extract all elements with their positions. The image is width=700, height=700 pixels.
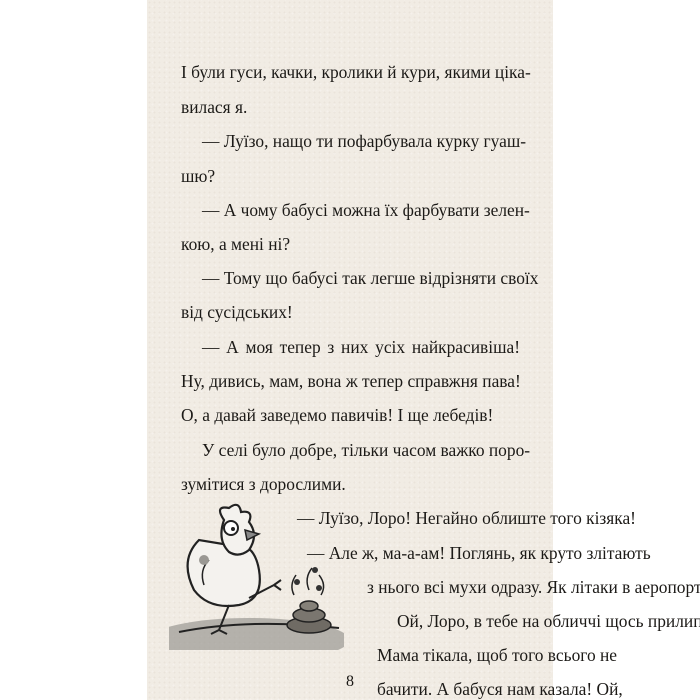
text-line: вилася я. [181, 97, 520, 117]
text-line: — Тому що бабусі так легше відрізняти св… [202, 268, 520, 288]
text-line: кою, а мені ні? [181, 234, 520, 254]
text-line: — Луїзо, Лоро! Негайно облиште того кізя… [297, 508, 520, 528]
book-page: І були гуси, качки, кролики й кури, яким… [147, 0, 553, 700]
text-line: шю? [181, 166, 520, 186]
text-line: з нього всі мухи одразу. Як літаки в аер… [367, 577, 700, 597]
text-line: — Луїзо, нащо ти пофарбувала курку гуаш- [202, 131, 520, 151]
text-line: О, а давай заведемо павичів! І ще лебеді… [181, 405, 520, 425]
text-line: Мама тікала, щоб того всього не [377, 645, 520, 665]
text-line: Ой, Лоро, в тебе на обличчі щось прилипл… [397, 611, 520, 631]
text-line: У селі було добре, тільки часом важко по… [202, 440, 520, 460]
text-line: — А моя тепер з них усіх найкрасивіша! [202, 337, 520, 357]
text-line: — Але ж, ма-а-ам! Поглянь, як круто зліт… [307, 543, 520, 563]
text-line: зумітися з дорослими. [181, 474, 520, 494]
text-line: Ну, дивись, мам, вона ж тепер справжня п… [181, 371, 520, 391]
text-line: — А чому бабусі можна їх фарбувати зелен… [202, 200, 520, 220]
text-line: від сусідських! [181, 302, 520, 322]
text-line: І були гуси, качки, кролики й кури, яким… [181, 62, 520, 82]
page-number: 8 [147, 673, 553, 691]
